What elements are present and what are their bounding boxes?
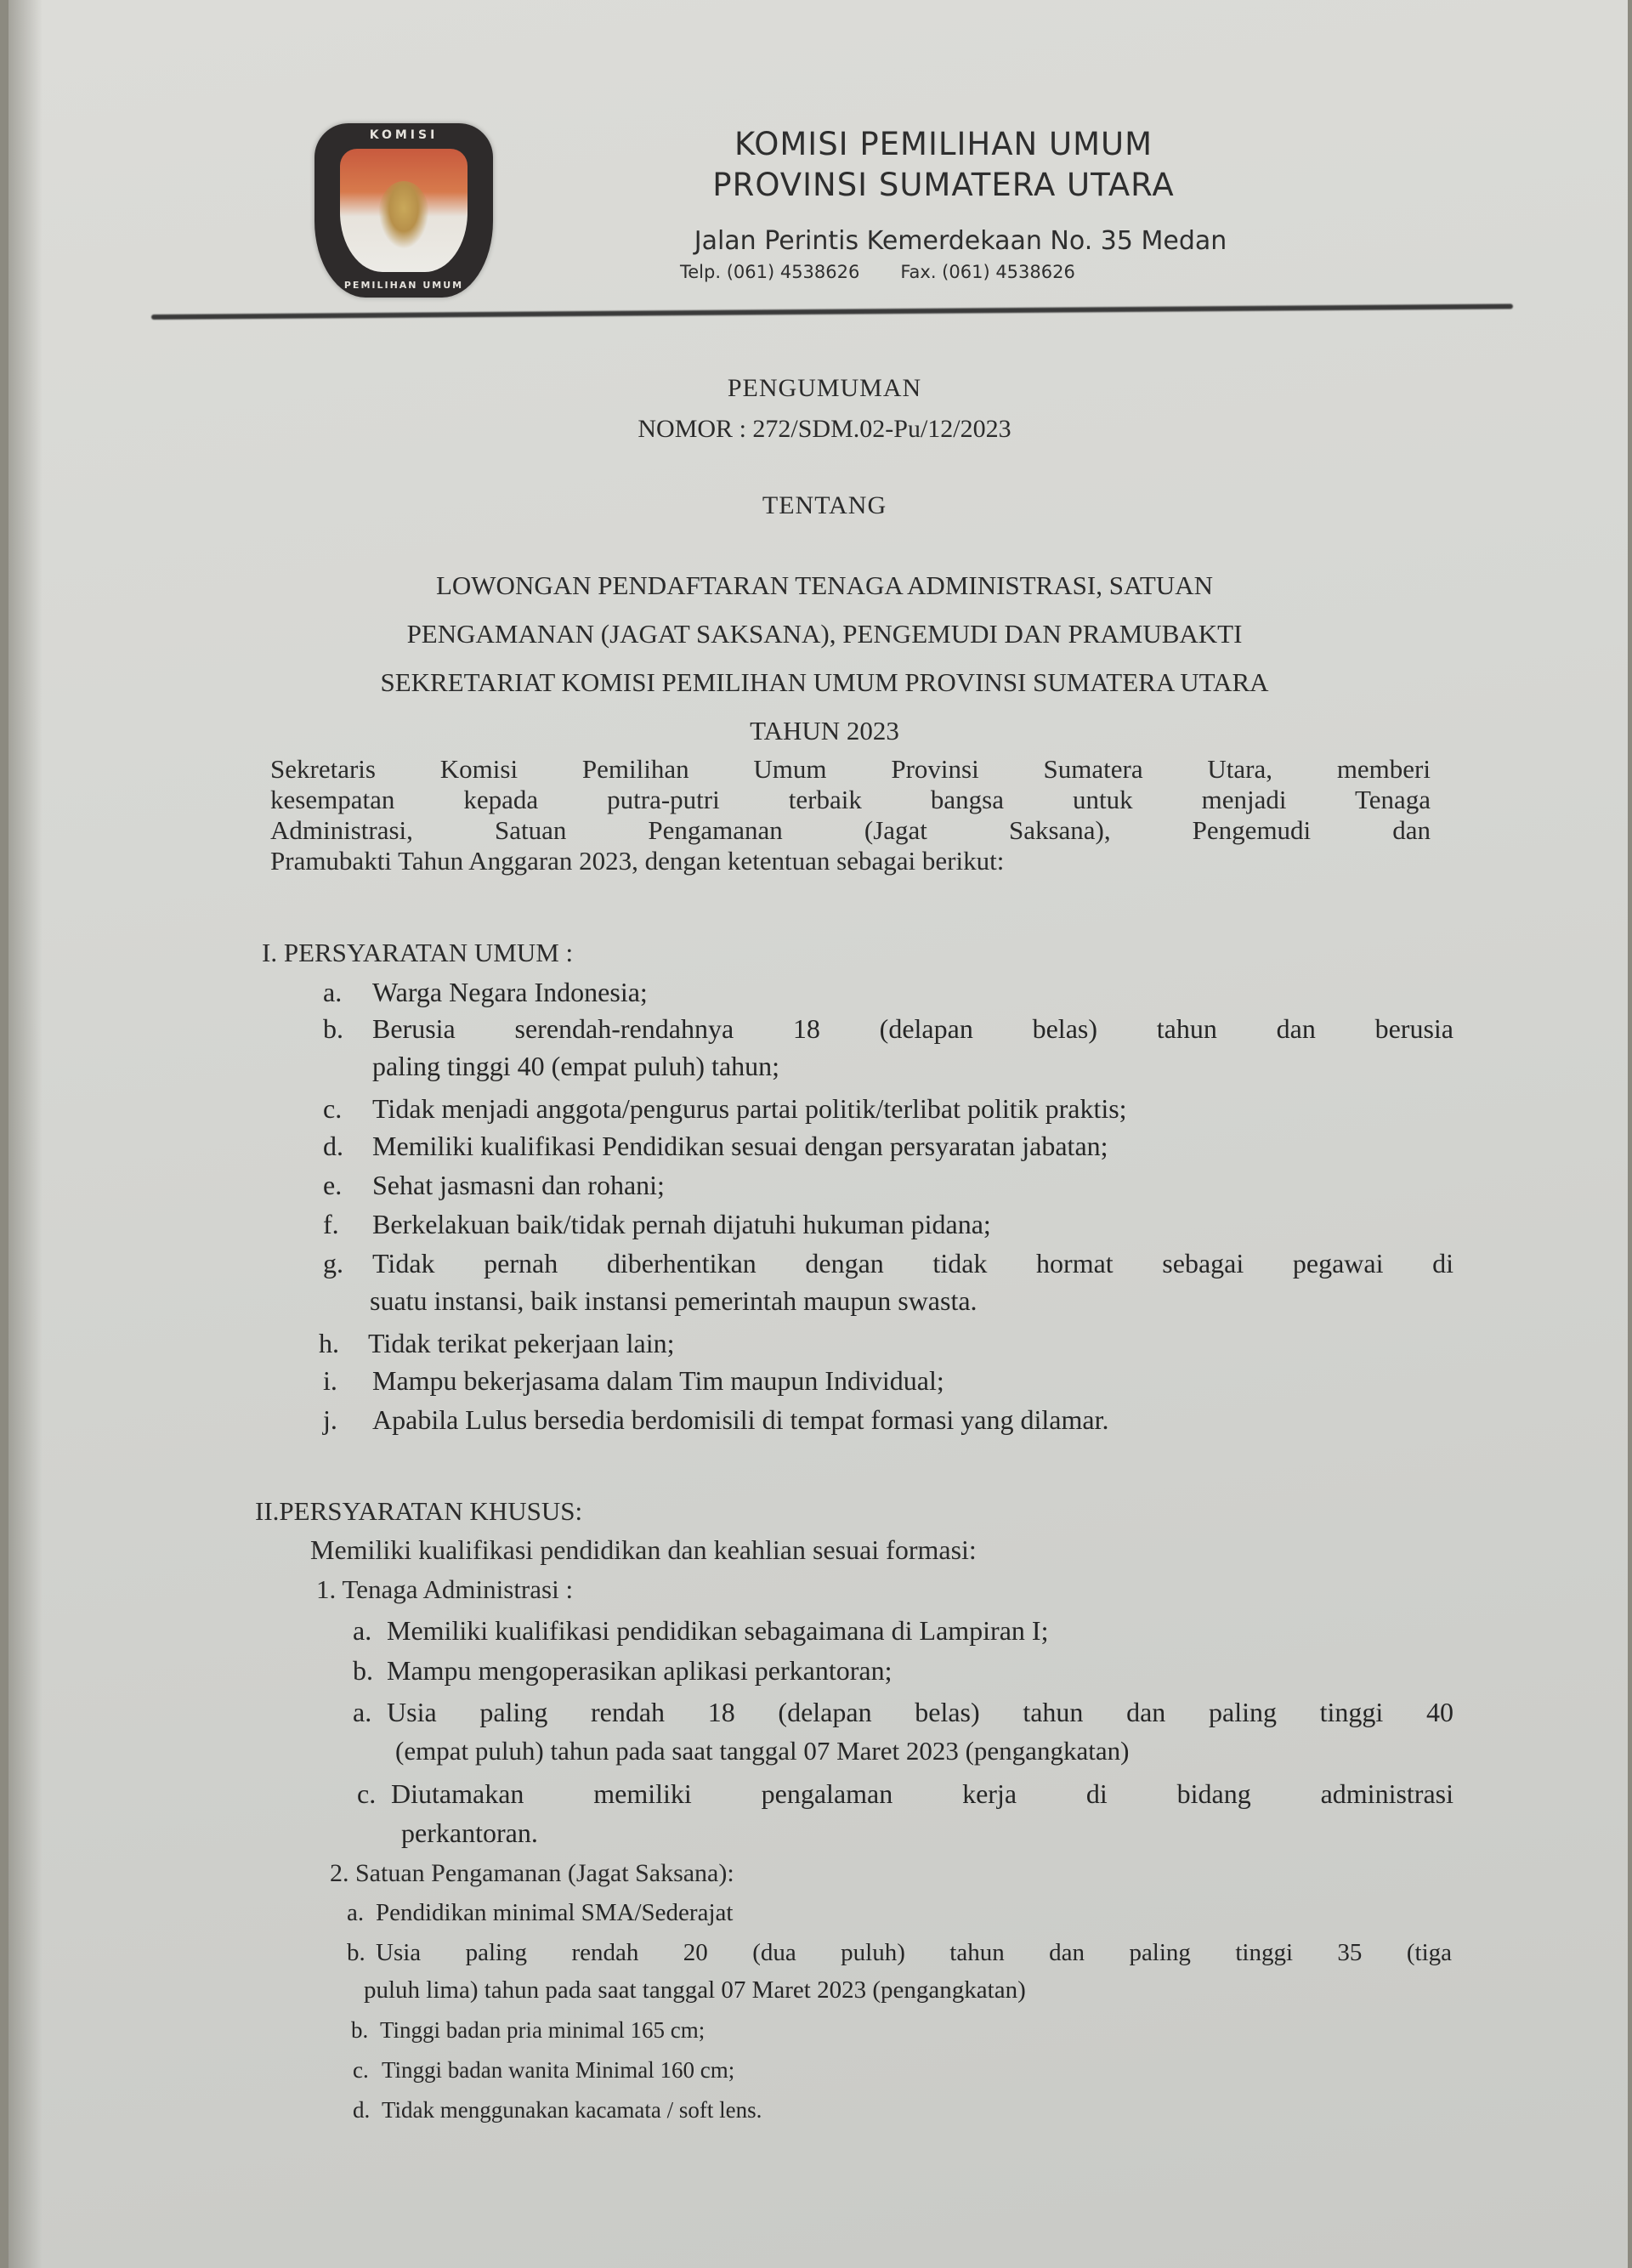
letterhead-divider	[151, 303, 1513, 320]
requirement-item-continuation: paling tinggi 40 (empat puluh) tahun;	[372, 1051, 779, 1082]
garuda-icon	[378, 181, 429, 249]
requirement-item-continuation: puluh lima) tahun pada saat tanggal 07 M…	[364, 1976, 1026, 2004]
title-line: SEKRETARIAT KOMISI PEMILIHAN UMUM PROVIN…	[8, 658, 1632, 706]
announcement-about: TENTANG	[8, 491, 1632, 520]
requirement-item: c.Tinggi badan wanita Minimal 160 cm;	[353, 2057, 734, 2084]
requirement-item: b.Berusia serendah-rendahnya 18 (delapan…	[323, 1013, 1453, 1045]
requirement-item: c.Tidak menjadi anggota/pengurus partai …	[323, 1093, 1127, 1125]
announcement-title: LOWONGAN PENDAFTARAN TENAGA ADMINISTRASI…	[8, 561, 1632, 755]
phone-number: Telp. (061) 4538626	[680, 262, 859, 282]
org-province: PROVINSI SUMATERA UTARA	[603, 167, 1283, 203]
requirement-item: a.Memiliki kualifikasi pendidikan sebaga…	[353, 1615, 1048, 1647]
requirement-item: b.Tinggi badan pria minimal 165 cm;	[351, 2017, 705, 2044]
requirement-item: g.Tidak pernah diberhentikan dengan tida…	[323, 1248, 1453, 1279]
requirement-item-continuation: (empat puluh) tahun pada saat tanggal 07…	[395, 1736, 1129, 1766]
requirement-item: h.Tidak terikat pekerjaan lain;	[319, 1328, 674, 1359]
logo-bottom-text: PEMILIHAN UMUM	[314, 280, 493, 291]
section-general-requirements-heading: I. PERSYARATAN UMUM :	[262, 938, 573, 968]
title-line: LOWONGAN PENDAFTARAN TENAGA ADMINISTRASI…	[8, 561, 1632, 610]
title-line: TAHUN 2023	[8, 706, 1632, 755]
requirement-item: j.Apabila Lulus bersedia berdomisili di …	[323, 1404, 1108, 1436]
requirement-item: b.Usia paling rendah 20 (dua puluh) tahu…	[347, 1939, 1452, 1967]
title-line: PENGAMANAN (JAGAT SAKSANA), PENGEMUDI DA…	[8, 610, 1632, 658]
requirement-item: a.Usia paling rendah 18 (delapan belas) …	[353, 1697, 1453, 1728]
position-security-title: 2. Satuan Pengamanan (Jagat Saksana):	[330, 1859, 734, 1888]
requirement-item: b.Mampu mengoperasikan aplikasi perkanto…	[353, 1655, 892, 1687]
requirement-item: c.Diutamakan memiliki pengalaman kerja d…	[357, 1778, 1453, 1810]
org-address: Jalan Perintis Kemerdekaan No. 35 Medan	[620, 226, 1300, 256]
document-page: KOMISI PEMILIHAN UMUM KOMISI PEMILIHAN U…	[8, 0, 1628, 2268]
logo-top-text: KOMISI	[314, 128, 493, 142]
requirement-item: i.Mampu bekerjasama dalam Tim maupun Ind…	[323, 1365, 944, 1397]
specific-requirements-intro: Memiliki kualifikasi pendidikan dan keah…	[310, 1534, 977, 1566]
announcement-heading: PENGUMUMAN	[8, 374, 1632, 403]
intro-line: Administrasi, Satuan Pengamanan (Jagat S…	[270, 815, 1431, 846]
announcement-number: NOMOR : 272/SDM.02-Pu/12/2023	[8, 415, 1632, 444]
section-specific-requirements-heading: II.PERSYARATAN KHUSUS:	[255, 1496, 582, 1527]
intro-paragraph: Sekretaris Komisi Pemilihan Umum Provins…	[270, 754, 1431, 876]
requirement-item: e.Sehat jasmasni dan rohani;	[323, 1170, 665, 1201]
fax-number: Fax. (061) 4538626	[900, 262, 1074, 282]
requirement-item: a.Pendidikan minimal SMA/Sederajat	[347, 1899, 733, 1927]
requirement-item: a.Warga Negara Indonesia;	[323, 977, 648, 1008]
requirement-item: f.Berkelakuan baik/tidak pernah dijatuhi…	[323, 1209, 991, 1240]
requirement-item: d.Tidak menggunakan kacamata / soft lens…	[353, 2097, 762, 2123]
requirement-item-continuation: suatu instansi, baik instansi pemerintah…	[370, 1285, 977, 1317]
intro-line: kesempatan kepada putra-putri terbaik ba…	[270, 785, 1431, 815]
kpu-logo: KOMISI PEMILIHAN UMUM	[314, 123, 493, 298]
intro-line: Sekretaris Komisi Pemilihan Umum Provins…	[270, 754, 1431, 785]
logo-emblem	[340, 149, 467, 272]
org-contacts: Telp. (061) 4538626Fax. (061) 4538626	[680, 262, 1116, 282]
position-admin-title: 1. Tenaga Administrasi :	[316, 1574, 573, 1605]
intro-line: Pramubakti Tahun Anggaran 2023, dengan k…	[270, 846, 1431, 876]
requirement-item-continuation: perkantoran.	[401, 1817, 538, 1849]
requirement-item: d.Memiliki kualifikasi Pendidikan sesuai…	[323, 1131, 1108, 1162]
org-name: KOMISI PEMILIHAN UMUM	[603, 126, 1283, 162]
